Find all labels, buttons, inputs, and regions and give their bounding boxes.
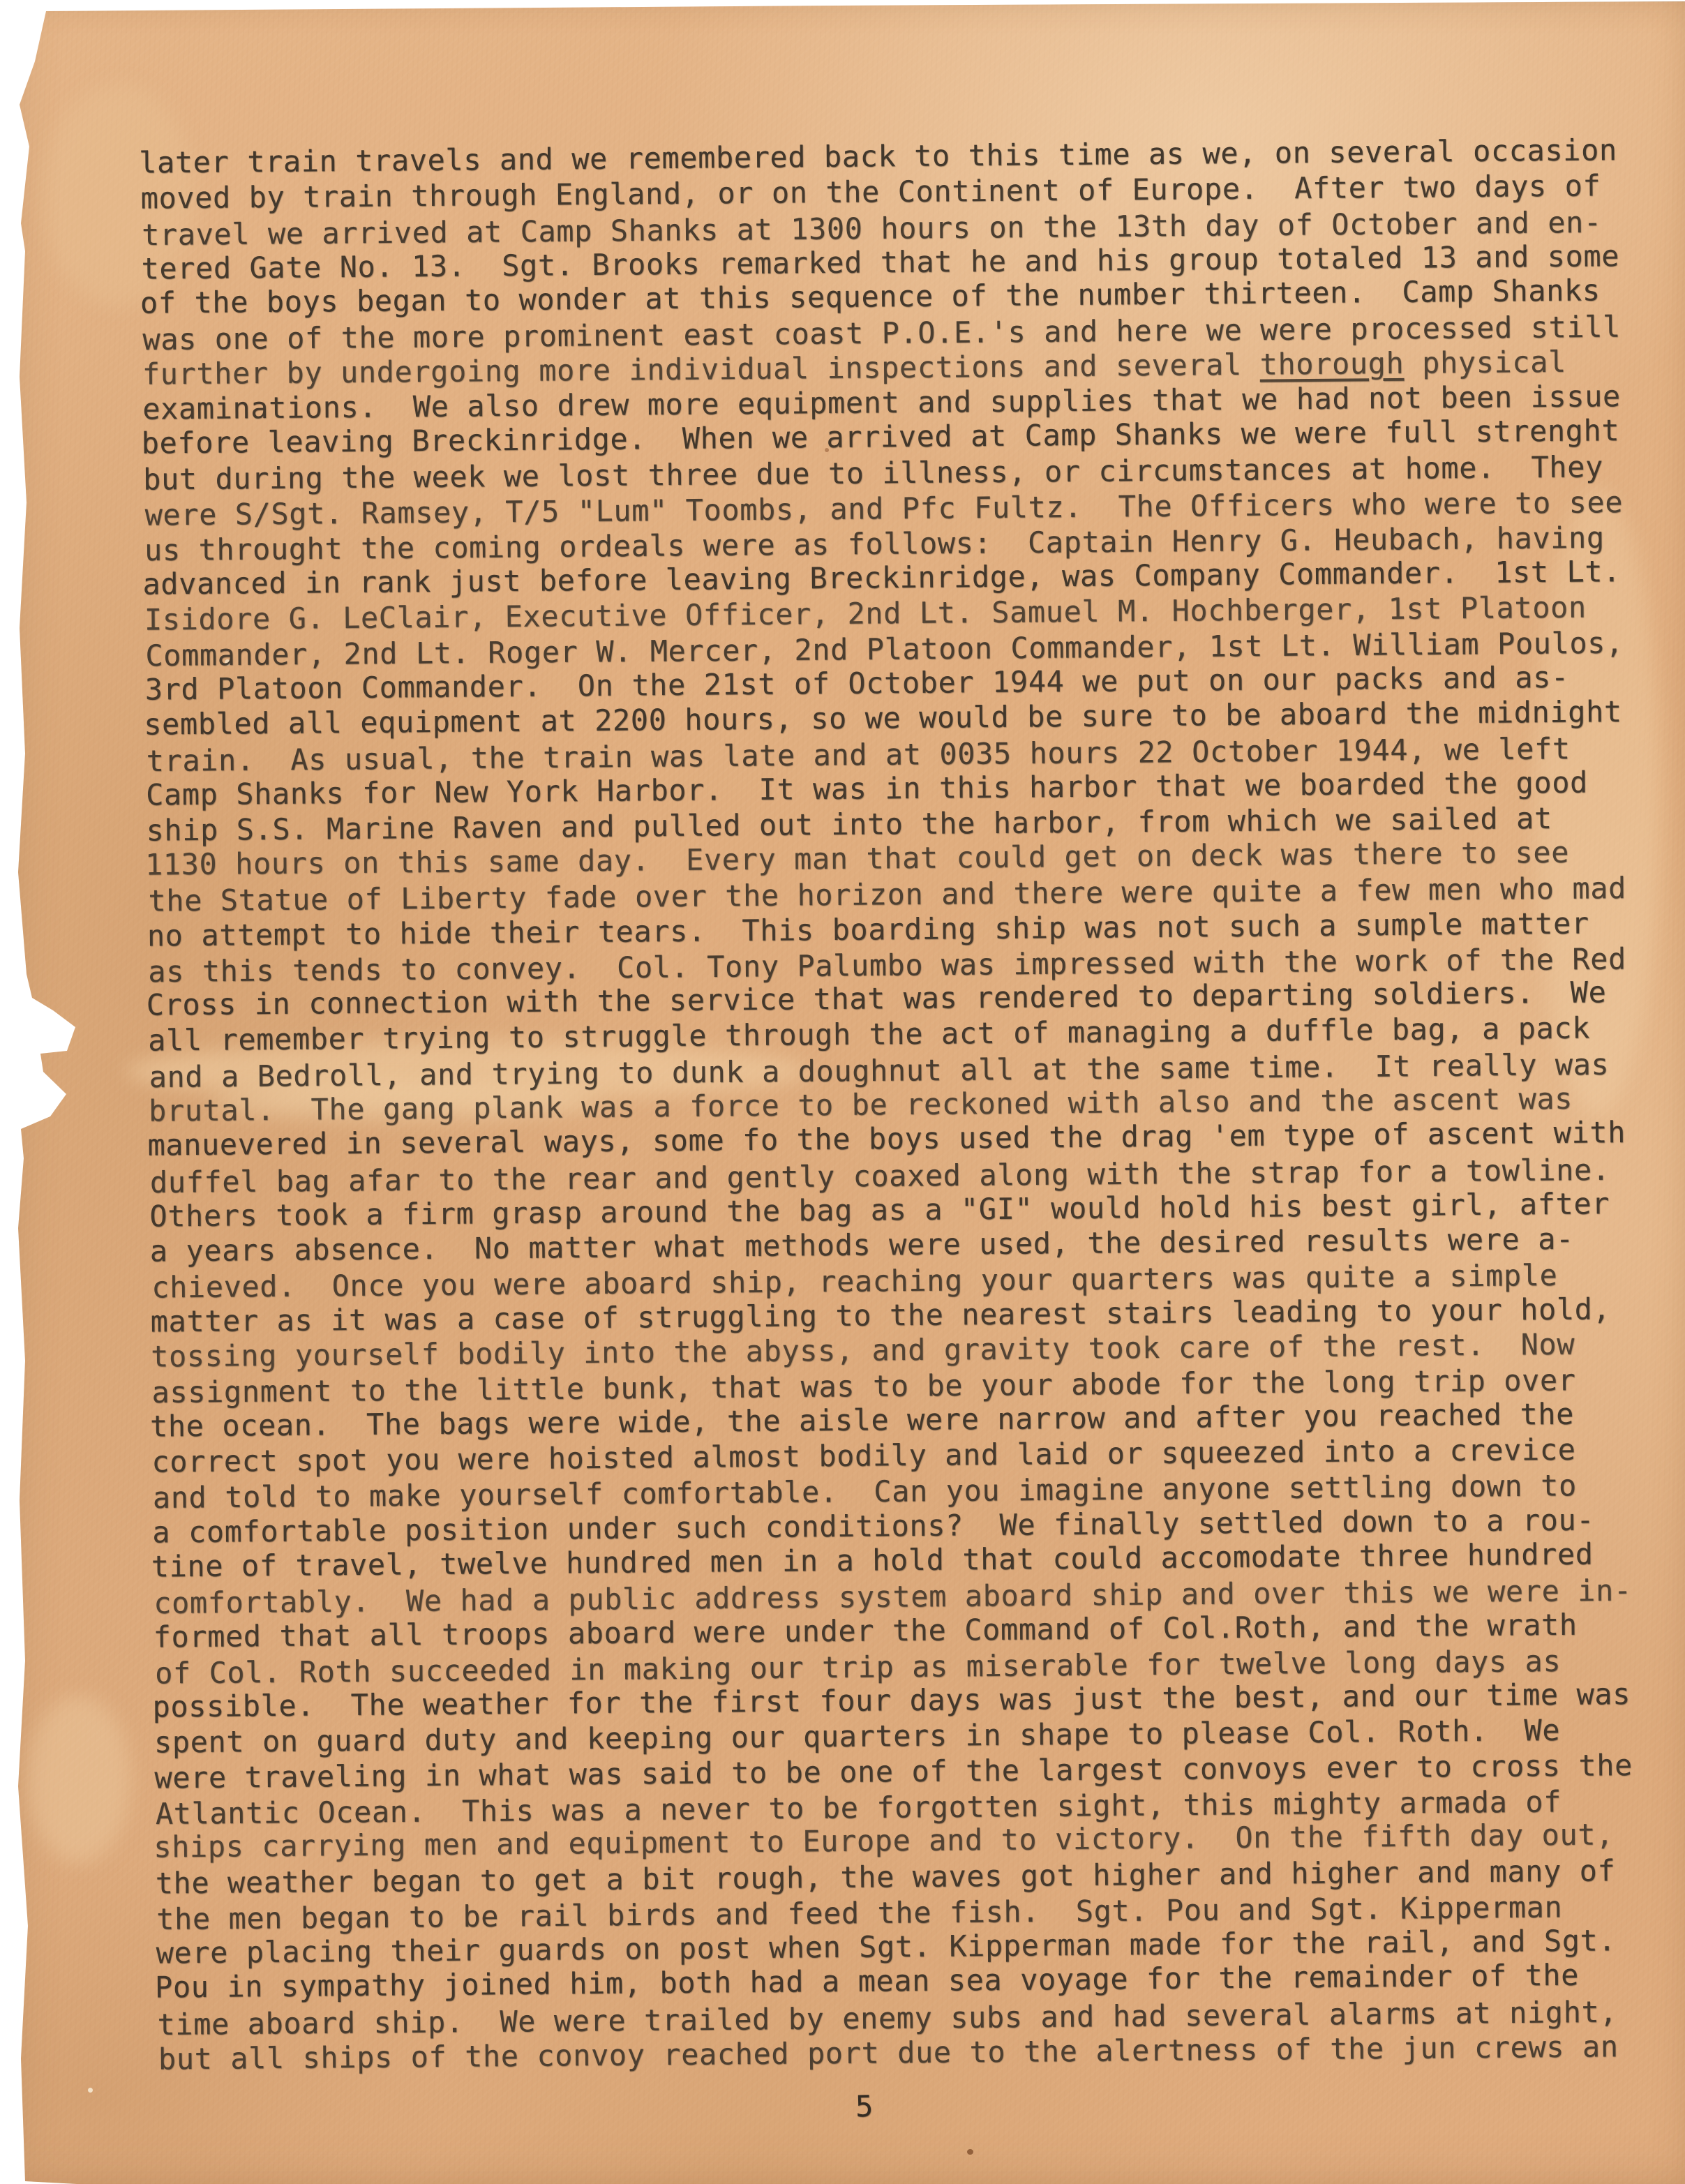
scanned-document: { "page": { "number": "5", "paper_color"… — [0, 0, 1685, 2184]
paper-speck — [967, 2149, 973, 2155]
underlined-word: thorough — [1259, 346, 1404, 382]
paper-speck — [88, 2088, 93, 2093]
page-number: 5 — [855, 2089, 874, 2124]
paper-top-edge-shadow — [40, 0, 1685, 6]
paper-stain — [27, 1696, 131, 1863]
paper-sheet: later train travels and we remembered ba… — [0, 0, 1685, 2184]
text-lines: later train travels and we remembered ba… — [140, 133, 1685, 2076]
